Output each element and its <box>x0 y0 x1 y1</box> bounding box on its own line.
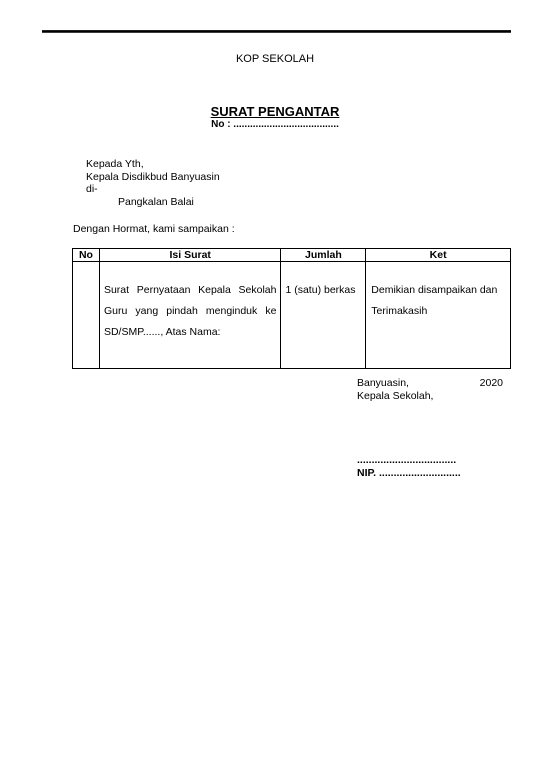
recipient-di: di- <box>86 183 220 196</box>
cell-isi-surat: Surat Pernyataan Kepala Sekolah Guru yan… <box>99 262 281 369</box>
header-rule <box>42 30 511 33</box>
signature-name-block: .................................. NIP. … <box>357 454 461 479</box>
signature-name: .................................. <box>357 454 461 467</box>
signature-position: Kepala Sekolah, <box>357 390 503 403</box>
cell-jumlah: 1 (satu) berkas <box>281 262 366 369</box>
header-no: No <box>73 249 100 262</box>
recipient-name: Kepala Disdikbud Banyuasin <box>86 171 220 184</box>
document-number: No : ...................................… <box>0 119 550 130</box>
letterhead: KOP SEKOLAH <box>0 53 550 65</box>
header-isi-surat: Isi Surat <box>99 249 281 262</box>
document-title: SURAT PENGANTAR <box>0 104 550 119</box>
cell-ket: Demikian disampaikan dan Terimakasih <box>366 262 511 369</box>
recipient-block: Kepada Yth, Kepala Disdikbud Banyuasin d… <box>86 158 220 208</box>
header-ket: Ket <box>366 249 511 262</box>
signature-nip: NIP. ............................ <box>357 467 461 480</box>
recipient-location: Pangkalan Balai <box>86 196 220 209</box>
letter-table: No Isi Surat Jumlah Ket Surat Pernyataan… <box>72 248 511 369</box>
signature-year: 2020 <box>480 377 503 390</box>
cell-no <box>73 262 100 369</box>
header-jumlah: Jumlah <box>281 249 366 262</box>
greeting: Dengan Hormat, kami sampaikan : <box>73 223 235 235</box>
table-row: Surat Pernyataan Kepala Sekolah Guru yan… <box>73 262 511 369</box>
table-header-row: No Isi Surat Jumlah Ket <box>73 249 511 262</box>
recipient-salutation: Kepada Yth, <box>86 158 220 171</box>
signature-place: Banyuasin, <box>357 377 409 390</box>
signature-block: Banyuasin, 2020 Kepala Sekolah, <box>357 377 503 402</box>
